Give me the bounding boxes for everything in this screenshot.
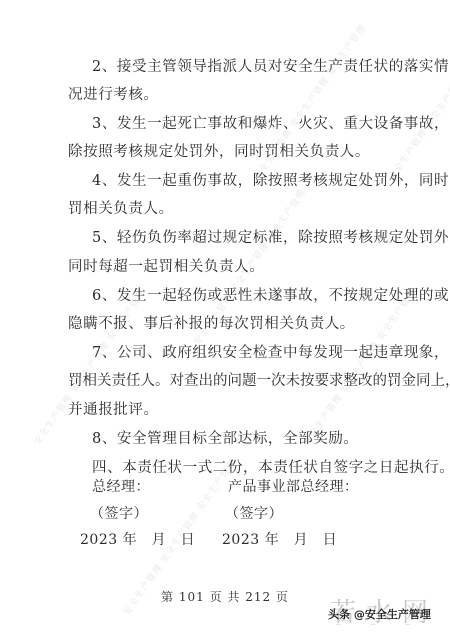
diagonal-watermark: 安全生产管理 安全生产管理 安全生产管理 (300, 286, 418, 447)
paragraph-line: 罚相关责任人。对查出的问题一次未按要求整改的罚金同上， (68, 372, 450, 390)
paragraph-line: 6、发生一起轻伤或恶性未遂事故，不按规定处理的或 (92, 287, 449, 305)
paragraph-line: 8、安全管理目标全部达标，全部奖励。 (92, 430, 359, 448)
paragraph-line: 并通报批评。 (68, 401, 159, 419)
paragraph-line: 3、发生一起死亡事故和爆炸、火灾、重大设备事故， (92, 115, 449, 133)
paragraph-line: 除按照考核规定处罚外，同时罚相关负责人。 (68, 143, 370, 161)
diagonal-watermark: 安全生产管理 安全生产管理 安全生产管理 (385, 21, 450, 182)
diagonal-watermark: 安全生产管理 安全生产管理 安全生产管理 (30, 286, 148, 447)
paragraph-line: 四、本责任状一式二份，本责任状自签字之日起执行。 (92, 459, 450, 477)
signature-left-sign: （签字） (90, 503, 148, 523)
paragraph-line: 4、发生一起重伤事故，除按照考核规定处罚外，同时 (92, 172, 449, 190)
paragraph-line: 况进行考核。 (68, 86, 159, 104)
paragraph-line: 同时每超一起罚相关负责人。 (68, 258, 264, 276)
site-logo-small-text: 头条 @安全生产管理 (328, 606, 431, 622)
signature-left-title: 总经理： (92, 476, 150, 496)
paragraph-line: 隐瞒不报、事后补报的每次罚相关负责人。 (68, 315, 355, 333)
paragraph-line: 7、公司、政府组织安全检查中每发现一起违章现象， (92, 344, 449, 362)
paragraph-line: 罚相关负责人。 (68, 200, 174, 218)
signature-right-title: 产品事业部总经理： (228, 476, 359, 496)
signature-left-date: 2023 年 月 日 (80, 529, 195, 549)
signature-right-date: 2023 年 月 日 (222, 529, 337, 549)
site-watermark-logo: 若水网 头条 @安全生产管理 — — — (326, 592, 444, 630)
paragraph-line: 2、接受主管领导指派人员对安全生产责任状的落实情 (92, 58, 449, 76)
paragraph-line: 5、轻伤负伤率超过规定标准，除按照考核规定处罚外， (92, 229, 450, 247)
site-logo-decoration: — — — (336, 622, 424, 628)
signature-right-sign: （签字） (225, 503, 283, 523)
